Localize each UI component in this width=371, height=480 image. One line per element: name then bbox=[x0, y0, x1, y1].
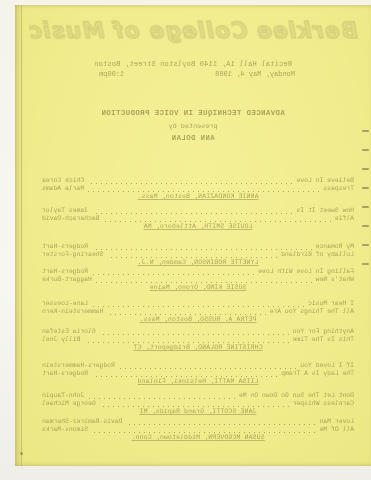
song-row: Trespass Marla Adams bbox=[42, 185, 354, 193]
program-block: Anything For You Gloria Estefan This Is … bbox=[42, 328, 354, 352]
song-credit: Bacharach-David bbox=[42, 215, 100, 223]
song-credit: George Michael bbox=[42, 400, 96, 408]
performer-line: LYNETTE ROBINSON, Camden, N.J. bbox=[42, 259, 354, 267]
song-credit: Rodgers-Hart bbox=[42, 370, 88, 378]
song-credit: Haggart-Burke bbox=[42, 276, 92, 284]
song-title: Falling In Love With Love bbox=[258, 268, 354, 276]
performer-line: SUSAN MCGOVERN, Middletown, Conn. bbox=[42, 434, 354, 442]
song-title: How Sweet It Is bbox=[296, 207, 354, 215]
song-row: Dont Let The Sun Go Down On Me John-Taup… bbox=[42, 392, 354, 400]
dotted-leader bbox=[100, 406, 289, 407]
song-row: All The Things You Are Hammerstein-Kern bbox=[42, 308, 354, 316]
dotted-leader bbox=[92, 306, 304, 307]
school-logo-text: Berklee College of Music bbox=[15, 19, 371, 44]
song-title: Trespass bbox=[323, 185, 354, 193]
song-title: Careless Whisper bbox=[293, 400, 354, 408]
song-row: My Romance Rodgers-Hart bbox=[42, 243, 354, 251]
song-row: If I Loved You Rodgers-Hammerstein bbox=[42, 362, 354, 370]
song-credit: Simons-Marks bbox=[42, 426, 88, 434]
song-title: The Lady Is A Tramp bbox=[281, 370, 354, 378]
song-title: I Hear Music bbox=[308, 300, 354, 308]
song-title: Alfie bbox=[335, 215, 354, 223]
dotted-leader bbox=[104, 221, 331, 222]
dotted-leader bbox=[88, 398, 235, 399]
venue-line: Recital Hall 1A, 1140 Boylston Street, B… bbox=[15, 61, 371, 69]
song-title: This Is The Time bbox=[293, 336, 354, 344]
program-block: Falling In Love With Love Rodgers-Hart W… bbox=[42, 268, 354, 292]
song-title: Believe In Love bbox=[296, 177, 354, 185]
dotted-leader bbox=[100, 334, 289, 335]
program-block: Dont Let The Sun Go Down On Me John-Taup… bbox=[42, 392, 354, 416]
song-title: Lover Man bbox=[319, 418, 354, 426]
song-credit: Billy Joel bbox=[42, 336, 80, 344]
presenter-name: ANN DOLAN bbox=[15, 135, 371, 143]
mirrored-content-layer: Berklee College of Music Recital Hall 1A… bbox=[15, 5, 371, 466]
song-title: If I Loved You bbox=[300, 362, 354, 370]
song-row: Alfie Bacharach-David bbox=[42, 215, 354, 223]
performer-line: LOUISE SMITH, Attleboro, MA bbox=[42, 223, 354, 231]
dotted-leader bbox=[92, 376, 277, 377]
song-row: This Is The Time Billy Joel bbox=[42, 336, 354, 344]
program-block: Believe In Love Chick Corea Trespass Mar… bbox=[42, 177, 354, 201]
song-title: My Romance bbox=[316, 243, 354, 251]
song-credit: Rodgers-Hart bbox=[42, 268, 88, 276]
song-credit: Davis-Ramirez-Sherman bbox=[42, 418, 123, 426]
song-row: Falling In Love With Love Rodgers-Hart bbox=[42, 268, 354, 276]
song-title: All Of Me bbox=[319, 426, 354, 434]
program-block: If I Loved You Rodgers-Hammerstein The L… bbox=[42, 362, 354, 386]
dotted-leader bbox=[127, 424, 316, 425]
scanned-program-page: { "colors": { "paper": "#f1ec8d", "scan_… bbox=[0, 0, 371, 480]
song-credit: Shearing-Forster bbox=[42, 251, 103, 259]
dotted-leader bbox=[96, 282, 312, 283]
dotted-leader bbox=[92, 213, 292, 214]
dotted-leader bbox=[119, 368, 296, 369]
program-block: How Sweet It Is James Taylor Alfie Bacha… bbox=[42, 207, 354, 231]
dotted-leader bbox=[92, 274, 254, 275]
song-row: Anything For You Gloria Estefan bbox=[42, 328, 354, 336]
time-text: 1:00pm bbox=[99, 71, 124, 79]
song-credit: Rodgers-Hammerstein bbox=[42, 362, 115, 370]
dotted-leader bbox=[88, 191, 319, 192]
song-title: Dont Let The Sun Go Down On Me bbox=[239, 392, 354, 400]
performer-line: PETRA A. RUSSO, Boston, Mass. bbox=[42, 316, 354, 324]
song-credit: James Taylor bbox=[42, 207, 88, 215]
song-title: All The Things You Are bbox=[270, 308, 354, 316]
dotted-leader bbox=[92, 249, 312, 250]
song-credit: Hammerstein-Kern bbox=[42, 308, 103, 316]
performer-line: JANE SCOTTI, Grand Rapids, MI bbox=[42, 408, 354, 416]
program-paper: Berklee College of Music Recital Hall 1A… bbox=[15, 5, 371, 466]
dotted-leader bbox=[88, 183, 292, 184]
song-row: Lullaby of Birdland Shearing-Forster bbox=[42, 251, 354, 259]
song-credit: Chick Corea bbox=[42, 177, 84, 185]
song-row: Careless Whisper George Michael bbox=[42, 400, 354, 408]
song-title: Lullaby of Birdland bbox=[281, 251, 354, 259]
dotted-leader bbox=[107, 314, 265, 315]
song-row: How Sweet It Is James Taylor bbox=[42, 207, 354, 215]
song-credit: Lane-Loesser bbox=[42, 300, 88, 308]
song-title: What's New bbox=[316, 276, 354, 284]
dotted-leader bbox=[107, 257, 277, 258]
performer-line: CHRISTINE ROLAND, Bridgeport, CT bbox=[42, 344, 354, 352]
presented-by-label: presented by bbox=[15, 123, 371, 131]
song-row: Believe In Love Chick Corea bbox=[42, 177, 354, 185]
song-row: All Of Me Simons-Marks bbox=[42, 426, 354, 434]
dotted-leader bbox=[84, 342, 288, 343]
song-title: Anything For You bbox=[293, 328, 354, 336]
program-block: I Hear Music Lane-Loesser All The Things… bbox=[42, 300, 354, 324]
recital-title: ADVANCED TECHNIQUE IN VOICE PRODUCTION bbox=[15, 110, 371, 118]
song-row: The Lady Is A Tramp Rodgers-Hart bbox=[42, 370, 354, 378]
dotted-leader bbox=[92, 432, 315, 433]
date-time-row: Monday, May 4, 1988 1:00pm bbox=[99, 71, 295, 79]
song-row: What's New Haggart-Burke bbox=[42, 276, 354, 284]
song-row: Lover Man Davis-Ramirez-Sherman bbox=[42, 418, 354, 426]
program-block: My Romance Rodgers-Hart Lullaby of Birdl… bbox=[42, 243, 354, 267]
date-text: Monday, May 4, 1988 bbox=[215, 71, 295, 79]
song-credit: Marla Adams bbox=[42, 185, 84, 193]
performer-line: SUSIE KIND, Orono, Maine bbox=[42, 284, 354, 292]
song-credit: Rodgers-Hart bbox=[42, 243, 88, 251]
song-credit: Gloria Estefan bbox=[42, 328, 96, 336]
song-row: I Hear Music Lane-Loesser bbox=[42, 300, 354, 308]
performer-line: ANNIE KONDAZIAN, Boston, Mass. bbox=[42, 193, 354, 201]
program-block: Lover Man Davis-Ramirez-Sherman All Of M… bbox=[42, 418, 354, 442]
performer-line: LIISA MATTI, Helsinki, Finland bbox=[42, 378, 354, 386]
song-credit: John-Taupin bbox=[42, 392, 84, 400]
